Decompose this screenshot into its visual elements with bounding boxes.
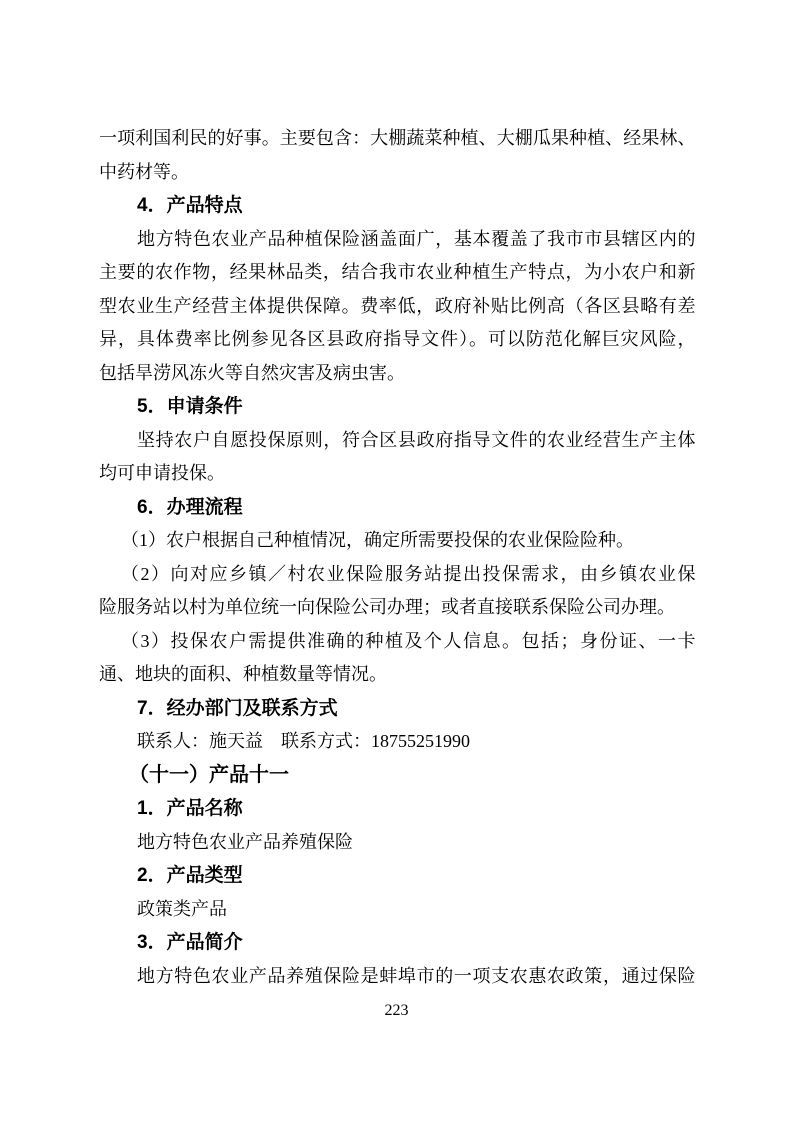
- numbered-heading: 7．经办部门及联系方式: [99, 692, 695, 726]
- body-text-line: 通、地块的面积、种植数量等情况。: [99, 658, 695, 692]
- body-text-line: 中药材等。: [99, 156, 695, 190]
- numbered-heading: 2．产品类型: [99, 859, 695, 893]
- body-text-line: （1）农户根据自己种植情况，确定所需要投保的农业保险险种。: [99, 524, 695, 558]
- body-text-line: 均可申请投保。: [99, 457, 695, 491]
- numbered-heading: 4．产品特点: [99, 189, 695, 223]
- numbered-heading: 5．申请条件: [99, 390, 695, 424]
- numbered-heading: 3．产品简介: [99, 926, 695, 960]
- body-text-line: 坚持农户自愿投保原则，符合区县政府指导文件的农业经营生产主体: [99, 424, 695, 458]
- contact-line: 联系人：施天益 联系方式：18755251990: [99, 725, 695, 759]
- body-text-line: 地方特色农业产品养殖保险是蚌埠市的一项支农惠农政策，通过保险: [99, 960, 695, 994]
- body-text-line: 主要的农作物，经果林品类，结合我市农业种植生产特点，为小农户和新: [99, 256, 695, 290]
- page-number: 223: [0, 1002, 793, 1020]
- body-text-line: 险服务站以村为单位统一向保险公司办理；或者直接联系保险公司办理。: [99, 591, 695, 625]
- body-text-line: 政策类产品: [99, 893, 695, 927]
- body-text-line: 一项利国利民的好事。主要包含：大棚蔬菜种植、大棚瓜果种植、经果林、: [99, 122, 695, 156]
- body-text-line: 异，具体费率比例参见各区县政府指导文件）。可以防范化解巨灾风险，: [99, 323, 695, 357]
- numbered-heading: 6．办理流程: [99, 491, 695, 525]
- body-text-line: 地方特色农业产品种植保险涵盖面广，基本覆盖了我市市县辖区内的: [99, 223, 695, 257]
- body-text-line: 包括旱涝风冻火等自然灾害及病虫害。: [99, 357, 695, 391]
- body-text-line: 型农业生产经营主体提供保障。费率低，政府补贴比例高（各区县略有差: [99, 290, 695, 324]
- numbered-heading: 1．产品名称: [99, 792, 695, 826]
- body-text-line: （2）向对应乡镇／村农业保险服务站提出投保需求，由乡镇农业保: [99, 558, 695, 592]
- section-heading: （十一）产品十一: [99, 759, 695, 793]
- document-page: 一项利国利民的好事。主要包含：大棚蔬菜种植、大棚瓜果种植、经果林、 中药材等。 …: [0, 0, 793, 1122]
- body-text-line: （3）投保农户需提供准确的种植及个人信息。包括；身份证、一卡: [99, 625, 695, 659]
- document-content: 一项利国利民的好事。主要包含：大棚蔬菜种植、大棚瓜果种植、经果林、 中药材等。 …: [99, 122, 695, 993]
- body-text-line: 地方特色农业产品养殖保险: [99, 826, 695, 860]
